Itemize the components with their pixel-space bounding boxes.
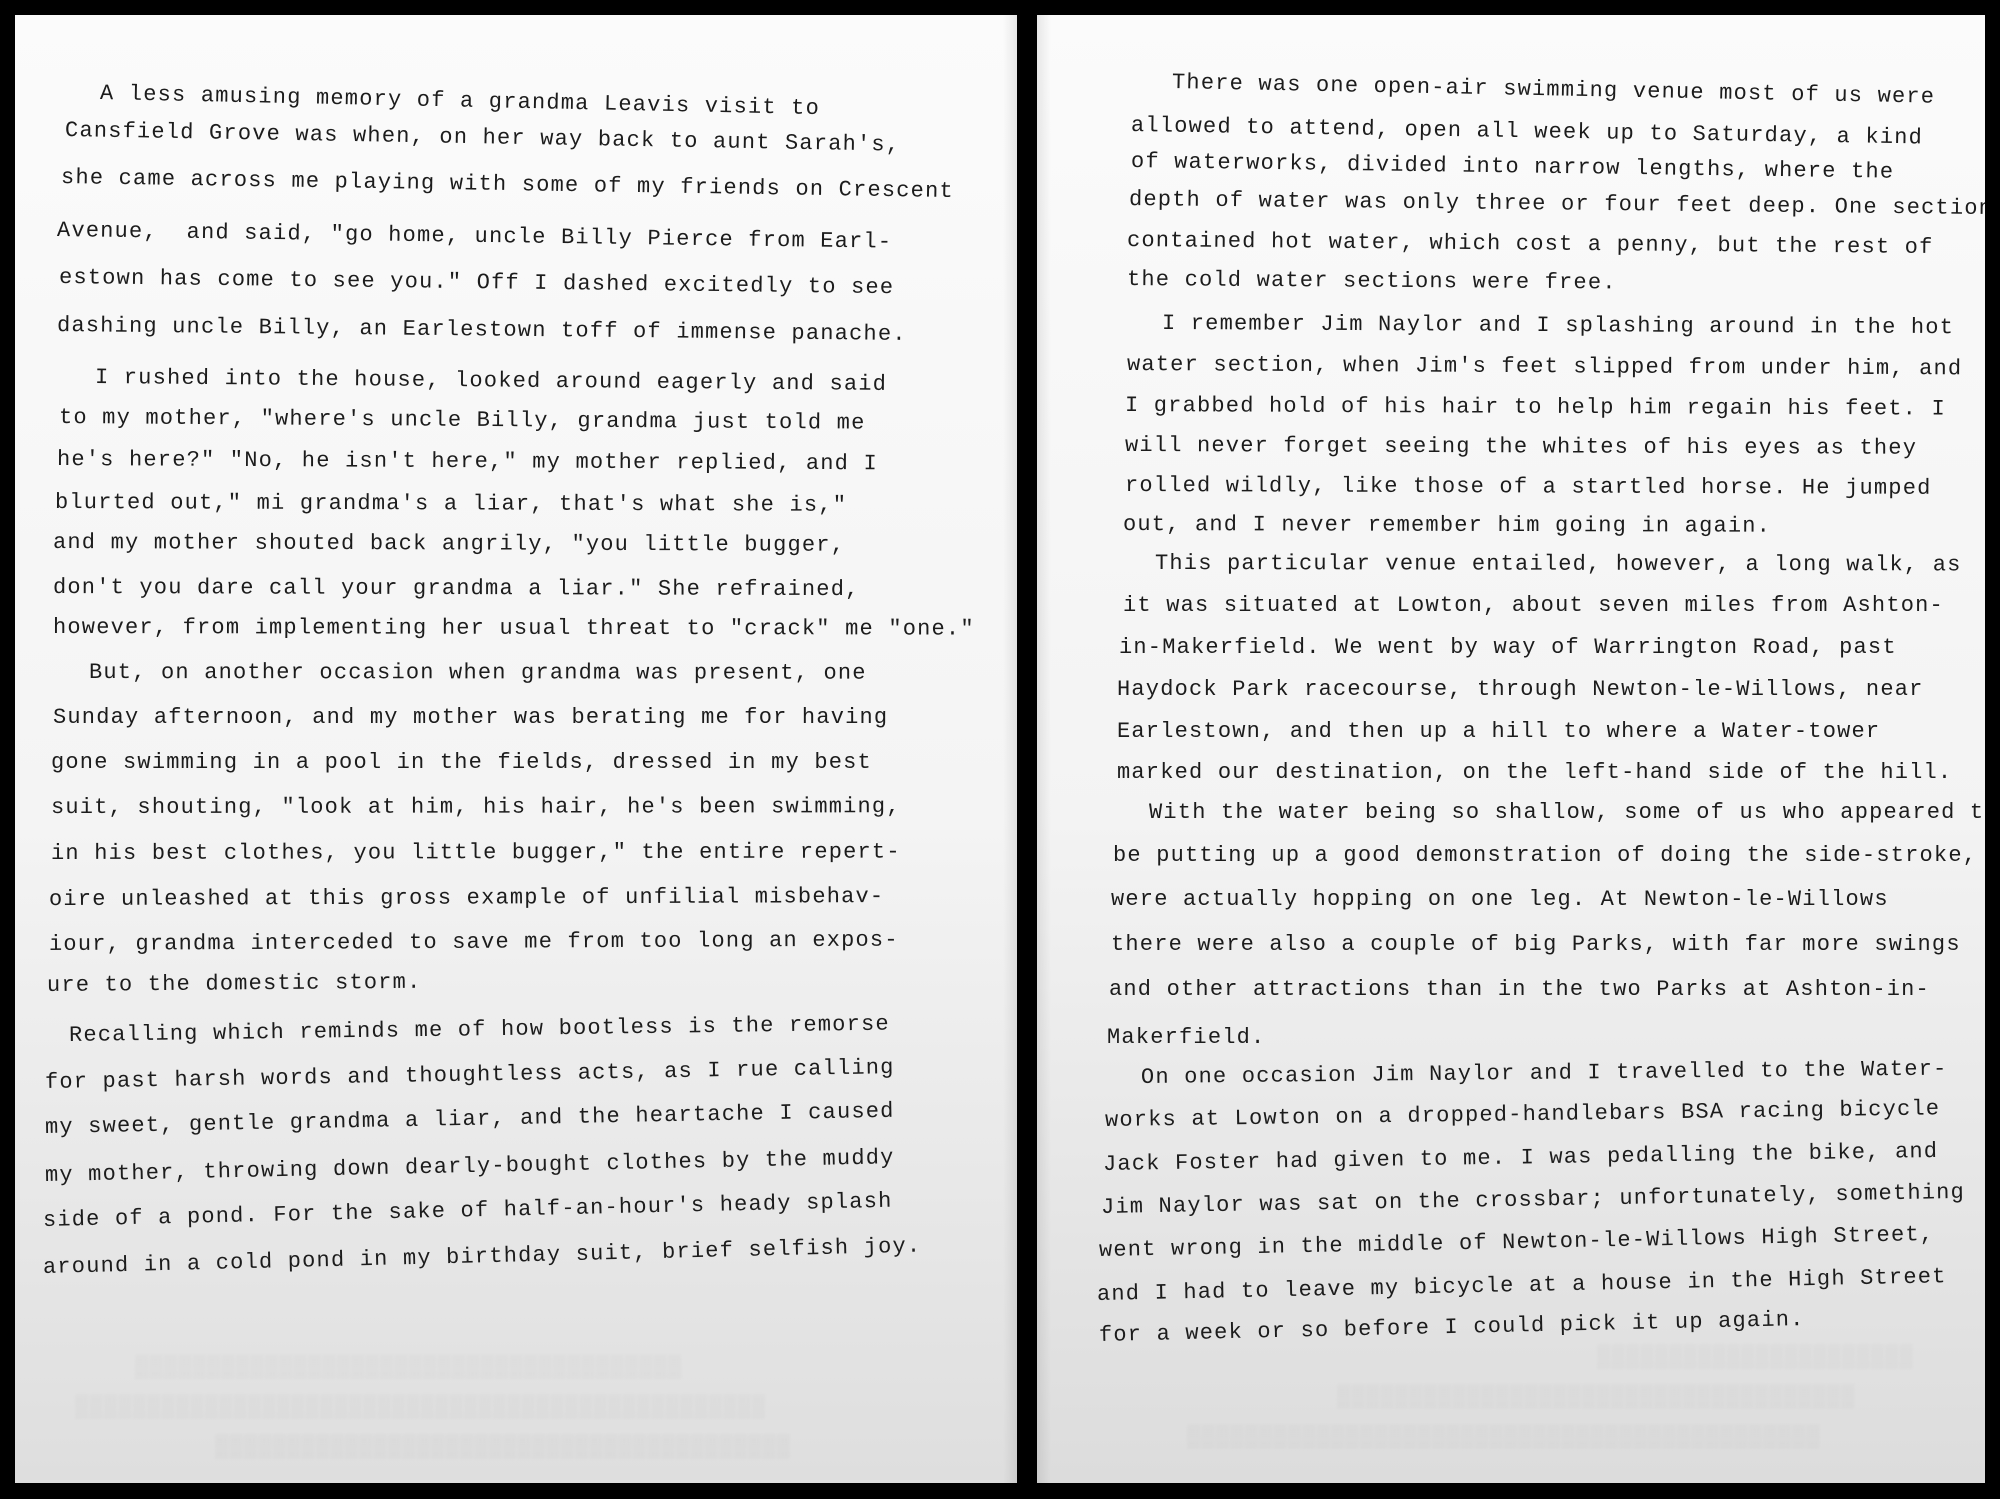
text-line: will never forget seeing the whites of h…: [1125, 433, 1917, 462]
text-line: allowed to attend, open all week up to S…: [1131, 113, 1923, 151]
text-line: in-Makerfield. We went by way of Warring…: [1119, 635, 1897, 661]
spine-shadow: [1037, 15, 1051, 1483]
text-line: were actually hopping on one leg. At New…: [1111, 887, 1889, 913]
text-line: estown has come to see you." Off I dashe…: [59, 265, 895, 301]
text-line: On one occasion Jim Naylor and I travell…: [1141, 1057, 1948, 1091]
left-page: A less amusing memory of a grandma Leavi…: [15, 15, 1017, 1483]
text-line: there were also a couple of big Parks, w…: [1111, 932, 1961, 958]
text-line: and other attractions than in the two Pa…: [1109, 977, 1930, 1003]
text-line: Earlestown, and then up a hill to where …: [1117, 719, 1880, 745]
show-through-texture: ▒▒▒▒▒▒▒▒▒▒▒▒▒▒▒▒▒▒▒▒▒▒▒▒▒▒▒▒▒▒▒▒▒▒▒▒▒▒▒▒…: [75, 1395, 766, 1421]
text-line: and my mother shouted back angrily, "you…: [53, 530, 845, 559]
text-line: of waterworks, divided into narrow lengt…: [1131, 149, 1895, 186]
text-line: This particular venue entailed, however,…: [1155, 551, 1962, 578]
show-through-texture: ▒▒▒▒▒▒▒▒▒▒▒▒▒▒▒▒▒▒▒▒▒▒▒▒▒▒▒▒▒▒▒▒▒▒▒▒▒▒▒▒…: [1187, 1425, 1821, 1451]
text-line: out, and I never remember him going in a…: [1123, 512, 1771, 540]
show-through-texture: ▒▒▒▒▒▒▒▒▒▒▒▒▒▒▒▒▒▒▒▒▒▒▒▒▒▒▒▒▒▒▒▒▒▒▒▒▒▒: [135, 1355, 682, 1381]
text-line: A less amusing memory of a grandma Leavi…: [100, 81, 820, 122]
text-line: dashing uncle Billy, an Earlestown toff …: [57, 313, 907, 348]
text-line: blurted out," mi grandma's a liar, that'…: [55, 490, 847, 519]
text-line: Cansfield Grove was when, on her way bac…: [65, 118, 901, 159]
text-line: around in a cold pond in my birthday sui…: [43, 1234, 922, 1281]
text-line: to my mother, "where's uncle Billy, gran…: [59, 405, 866, 437]
text-line: With the water being so shallow, some of…: [1149, 800, 1985, 826]
text-line: Jim Naylor was sat on the crossbar; unfo…: [1101, 1180, 1965, 1221]
text-line: contained hot water, which cost a penny,…: [1127, 228, 1934, 261]
text-line: he's here?" "No, he isn't here," my moth…: [57, 447, 878, 477]
text-line: in his best clothes, you little bugger,"…: [51, 840, 901, 867]
text-line: be putting up a good demonstration of do…: [1113, 843, 1977, 869]
text-line: Makerfield.: [1107, 1025, 1265, 1051]
text-line: ure to the domestic storm.: [47, 970, 422, 999]
right-page: There was one open-air swimming venue mo…: [1037, 15, 1985, 1483]
show-through-texture: ▒▒▒▒▒▒▒▒▒▒▒▒▒▒▒▒▒▒▒▒▒▒: [1597, 1345, 1914, 1371]
text-line: and I had to leave my bicycle at a house…: [1097, 1264, 1947, 1308]
text-line: depth of water was only three or four fe…: [1129, 187, 1985, 222]
show-through-texture: ▒▒▒▒▒▒▒▒▒▒▒▒▒▒▒▒▒▒▒▒▒▒▒▒▒▒▒▒▒▒▒▒▒▒▒▒▒▒▒▒: [215, 1435, 791, 1461]
text-line: my mother, throwing down dearly-bought c…: [45, 1145, 895, 1189]
text-line: my sweet, gentle grandma a liar, and the…: [45, 1099, 895, 1141]
text-line: went wrong in the middle of Newton-le-Wi…: [1099, 1222, 1935, 1264]
text-line: water section, when Jim's feet slipped f…: [1127, 352, 1962, 382]
text-line: it was situated at Lowton, about seven m…: [1123, 593, 1944, 619]
spine-shadow: [1003, 15, 1017, 1483]
text-line: Jack Foster had given to me. I was pedal…: [1103, 1139, 1939, 1178]
text-line: however, from implementing her usual thr…: [53, 615, 975, 643]
text-line: Sunday afternoon, and my mother was bera…: [53, 705, 888, 731]
text-line: for past harsh words and thoughtless act…: [45, 1055, 895, 1096]
text-line: works at Lowton on a dropped-handlebars …: [1105, 1096, 1941, 1134]
text-line: rolled wildly, like those of a startled …: [1125, 473, 1932, 502]
text-line: Recalling which reminds me of how bootle…: [69, 1012, 890, 1049]
text-line: she came across me playing with some of …: [61, 165, 954, 205]
text-line: suit, shouting, "look at him, his hair, …: [51, 794, 901, 821]
text-line: marked our destination, on the left-hand…: [1117, 760, 1952, 786]
text-line: don't you dare call your grandma a liar.…: [53, 575, 860, 603]
text-line: I rushed into the house, looked around e…: [95, 365, 887, 398]
text-line: for a week or so before I could pick it …: [1099, 1307, 1805, 1349]
show-through-texture: ▒▒▒▒▒▒▒▒▒▒▒▒▒▒▒▒▒▒▒▒▒▒▒▒▒▒▒▒▒▒▒▒▒▒▒▒: [1337, 1385, 1855, 1411]
text-line: side of a pond. For the sake of half-an-…: [43, 1189, 893, 1234]
text-line: iour, grandma interceded to save me from…: [49, 928, 899, 958]
text-line: But, on another occasion when grandma wa…: [89, 660, 867, 687]
text-line: Avenue, and said, "go home, uncle Billy …: [57, 218, 893, 256]
text-line: There was one open-air swimming venue mo…: [1172, 70, 1936, 111]
text-line: the cold water sections were free.: [1127, 267, 1617, 296]
text-line: oire unleashed at this gross example of …: [49, 884, 884, 913]
text-line: gone swimming in a pool in the fields, d…: [51, 750, 872, 776]
text-line: I remember Jim Naylor and I splashing ar…: [1162, 311, 1954, 341]
text-line: Haydock Park racecourse, through Newton-…: [1117, 677, 1924, 703]
text-line: I grabbed hold of his hair to help him r…: [1125, 393, 1946, 423]
